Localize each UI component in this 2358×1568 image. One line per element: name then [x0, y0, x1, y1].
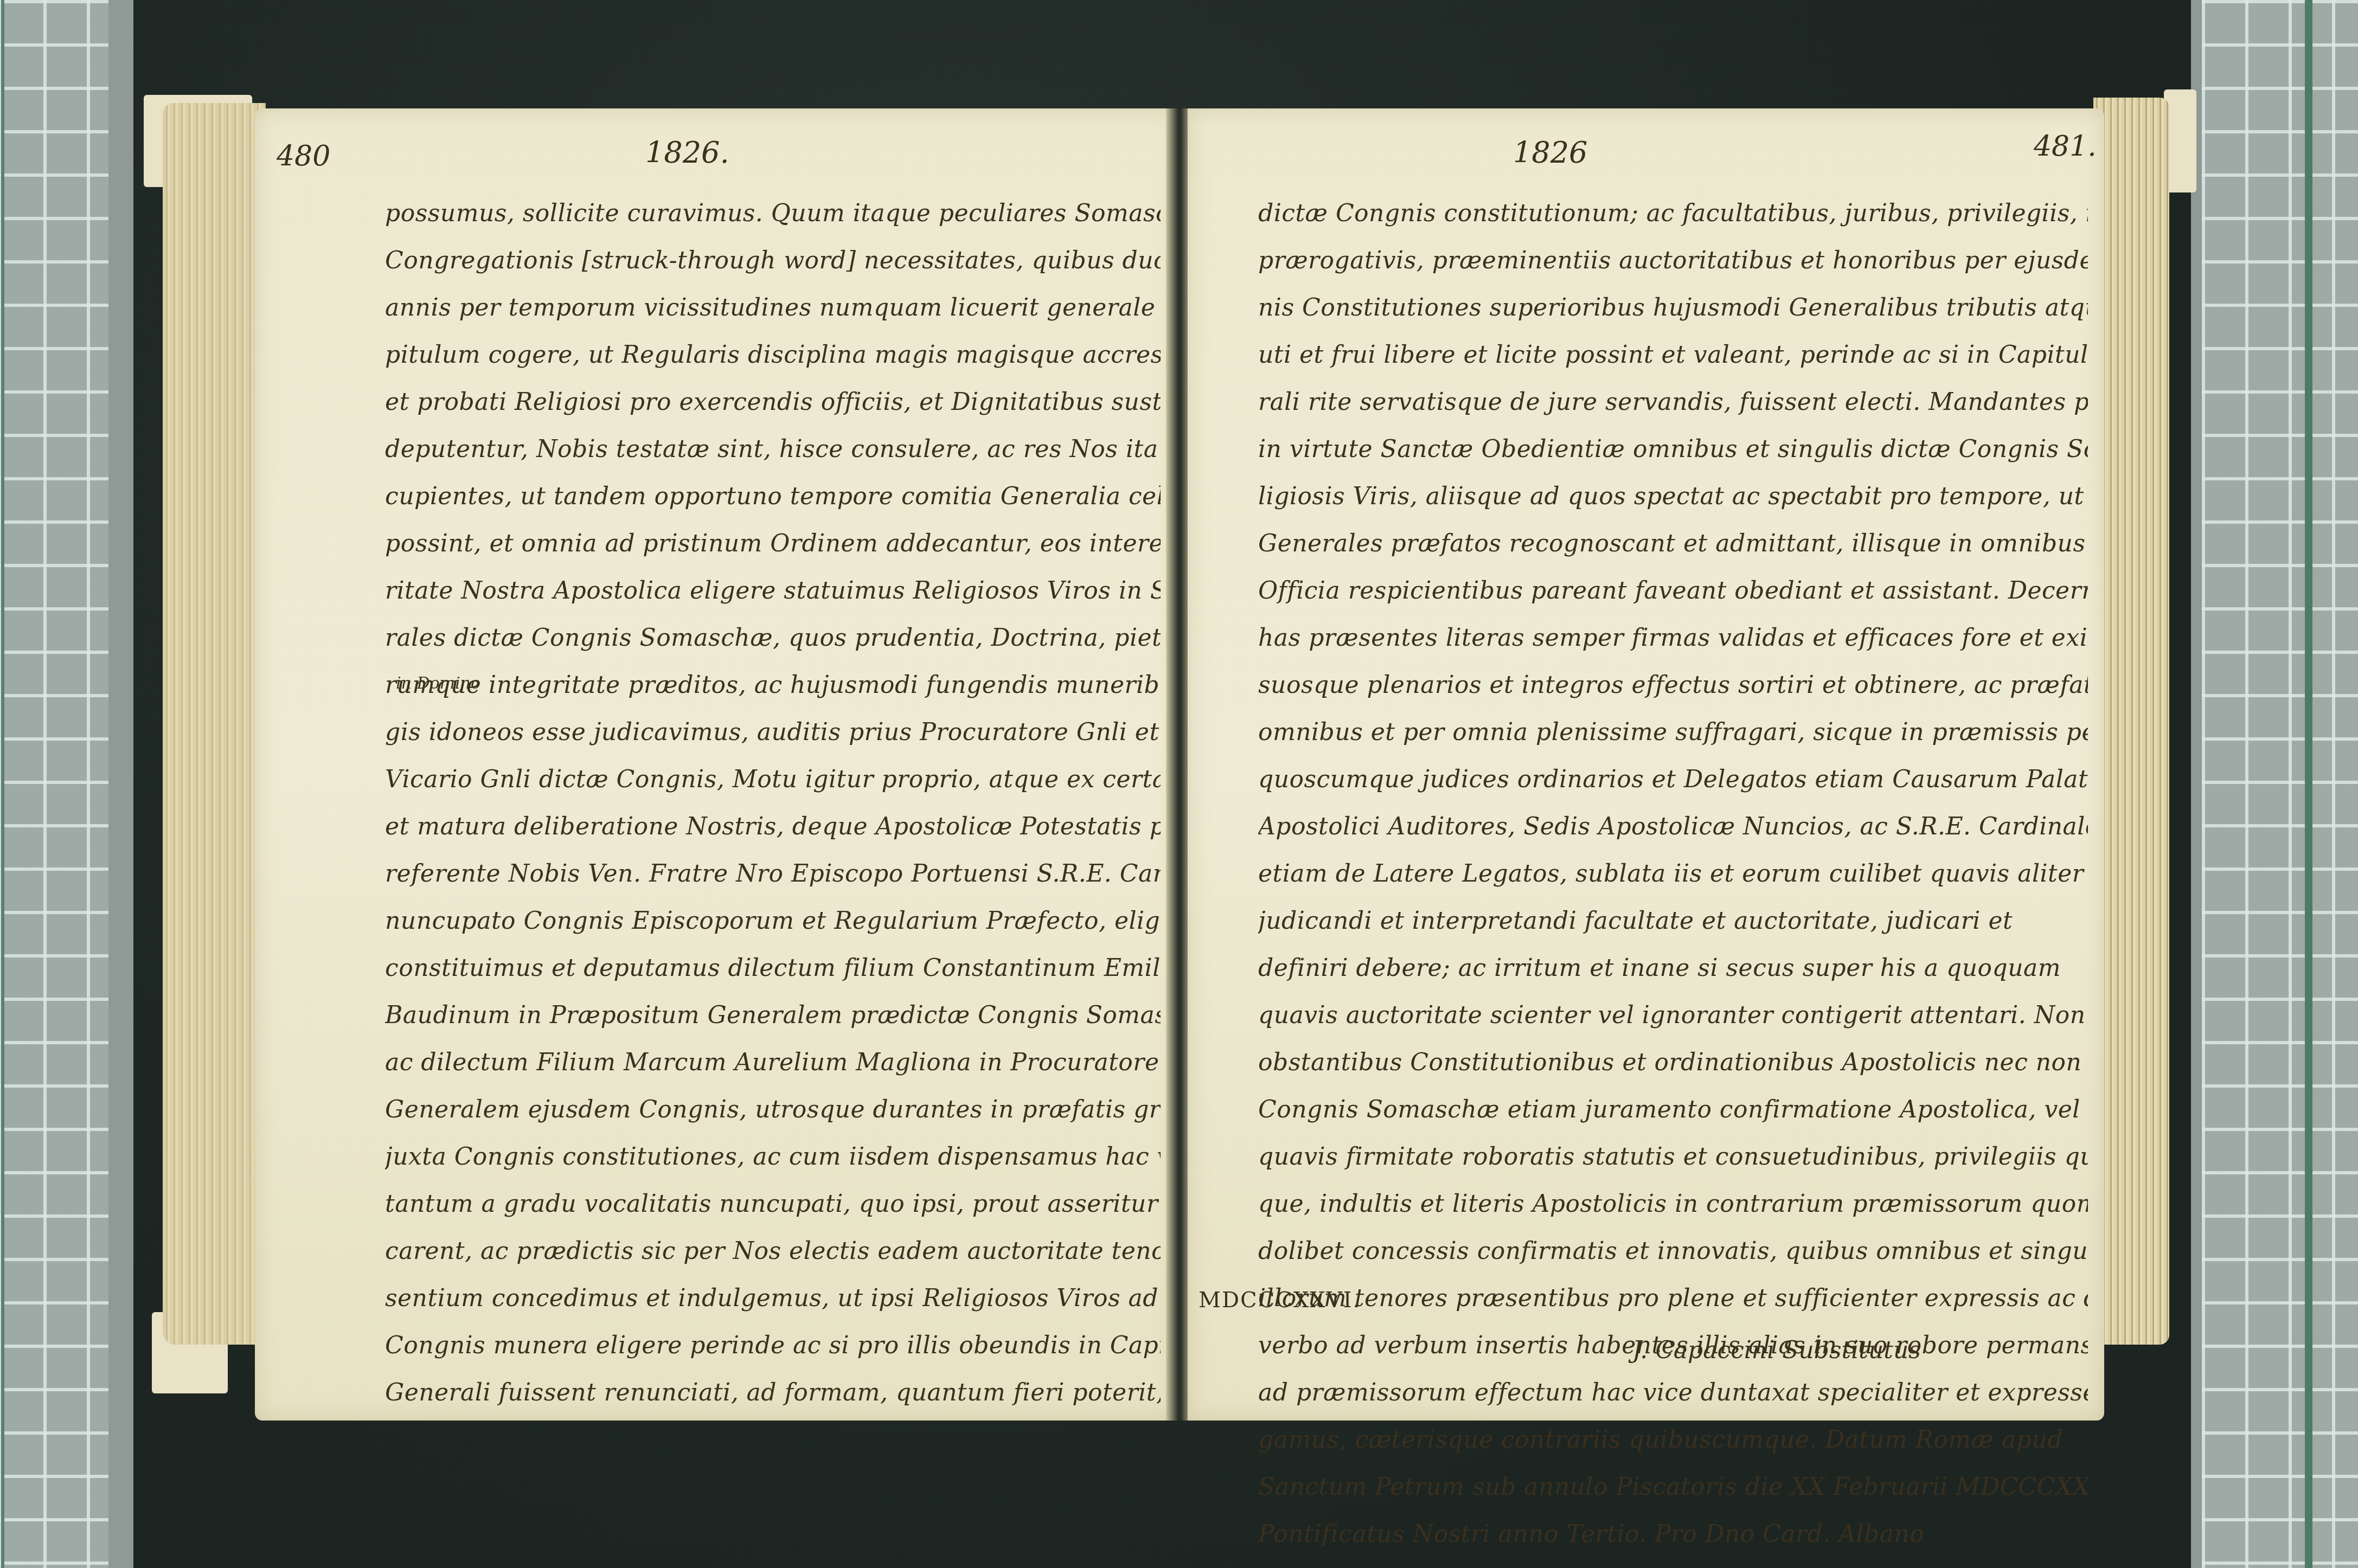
- text-line: pitulum cogere, ut Regularis disciplina …: [385, 331, 1161, 378]
- text-line: nis Constitutiones superioribus hujusmod…: [1258, 284, 2088, 331]
- text-line: illorum tenores præsentibus pro plene et…: [1258, 1275, 2088, 1322]
- text-line: cupientes, ut tandem opportuno tempore c…: [385, 473, 1161, 520]
- text-line: rales dictæ Congnis Somaschæ, quos prude…: [385, 614, 1161, 661]
- page-number: 481.: [2034, 130, 2097, 163]
- text-line: Congnis munera eligere perinde ac si pro…: [385, 1322, 1161, 1369]
- text-line: referente Nobis Ven. Fratre Nro Episcopo…: [385, 850, 1161, 897]
- text-line: possumus, sollicite curavimus. Quum itaq…: [385, 190, 1161, 237]
- page-block-right: [2093, 98, 2169, 1345]
- text-line: definiri debere; ac irritum et inane si …: [1258, 944, 2088, 992]
- text-line: rumque integritate præditos, ac hujusmod…: [385, 661, 1161, 709]
- text-line: omnibus et per omnia plenissime suffraga…: [1258, 709, 2088, 756]
- text-block: possumus, sollicite curavimus. Quum itaq…: [385, 190, 1161, 1416]
- text-line: quavis auctoritate scienter vel ignorant…: [1258, 992, 2088, 1039]
- text-line: etiam de Latere Legatos, sublata iis et …: [1258, 850, 2088, 897]
- text-line: sentium concedimus et indulgemus, ut ips…: [385, 1275, 1161, 1322]
- text-line: uti et frui libere et licite possint et …: [1258, 331, 2088, 378]
- text-line: Vicario Gnli dictæ Congnis, Motu igitur …: [385, 756, 1161, 803]
- text-line: in virtute Sanctæ Obedientiæ omnibus et …: [1258, 426, 2088, 473]
- manuscript-page-right: 1826 481. dictæ Congnis constitutionum; …: [1188, 108, 2104, 1421]
- page-block-left: [163, 103, 266, 1345]
- text-line: gamus, cæterisque contrariis quibuscumqu…: [1258, 1416, 2088, 1463]
- text-line: Congregationis [struck-through word] nec…: [385, 237, 1161, 284]
- text-line: Officia respicientibus pareant faveant o…: [1258, 567, 2088, 614]
- text-line: ac dilectum Filium Marcum Aurelium Magli…: [385, 1039, 1161, 1086]
- text-line: Baudinum in Præpositum Generalem prædict…: [385, 992, 1161, 1039]
- text-line: constituimus et deputamus dilectum filiu…: [385, 944, 1161, 992]
- signature: J. Capaccini Substitutus: [1632, 1336, 1921, 1364]
- text-line: Sanctum Petrum sub annulo Piscatoris die…: [1258, 1463, 2088, 1511]
- text-line: et matura deliberatione Nostris, deque A…: [385, 803, 1161, 850]
- text-line: judicandi et interpretandi facultate et …: [1258, 897, 2088, 944]
- text-line: ligiosis Viris, aliisque ad quos spectat…: [1258, 473, 2088, 520]
- text-line: Congnis Somaschæ etiam juramento confirm…: [1258, 1086, 2088, 1133]
- text-line: annis per temporum vicissitudines numqua…: [385, 284, 1161, 331]
- manuscript-page-left: 480 1826. in Domino possumus, sollicite …: [255, 108, 1177, 1421]
- grid-ruler-right: [2191, 0, 2358, 1568]
- page-year-header: 1826.: [645, 136, 729, 170]
- text-line: nuncupato Congnis Episcoporum et Regular…: [385, 897, 1161, 944]
- text-line: prærogativis, præeminentiis auctoritatib…: [1258, 237, 2088, 284]
- text-line: dolibet concessis confirmatis et innovat…: [1258, 1228, 2088, 1275]
- text-line: tantum a gradu vocalitatis nuncupati, qu…: [385, 1180, 1161, 1228]
- text-line: quoscumque judices ordinarios et Delegat…: [1258, 756, 2088, 803]
- page-number: 480: [277, 140, 330, 172]
- grid-ruler-left: [0, 0, 133, 1568]
- text-line: Generales præfatos recognoscant et admit…: [1258, 520, 2088, 567]
- text-line: et probati Religiosi pro exercendis offi…: [385, 378, 1161, 426]
- text-line: juxta Congnis constitutiones, ac cum iis…: [385, 1133, 1161, 1180]
- text-line: quavis firmitate roboratis statutis et c…: [1258, 1133, 2088, 1180]
- page-year-header: 1826: [1513, 136, 1587, 170]
- text-line: gis idoneos esse judicavimus, auditis pr…: [385, 709, 1161, 756]
- text-line: suosque plenarios et integros effectus s…: [1258, 661, 2088, 709]
- text-line: rali rite servatisque de jure servandis,…: [1258, 378, 2088, 426]
- text-line: que, indultis et literis Apostolicis in …: [1258, 1180, 2088, 1228]
- text-line: obstantibus Constitutionibus et ordinati…: [1258, 1039, 2088, 1086]
- ruler-stripe: [2305, 0, 2312, 1568]
- text-line: deputentur, Nobis testatæ sint, hisce co…: [385, 426, 1161, 473]
- margin-date: MDCCCXXVI.: [1199, 1288, 1361, 1313]
- text-line: Generali fuissent renunciati, ad formam,…: [385, 1369, 1161, 1416]
- text-line: ritate Nostra Apostolica eligere statuim…: [385, 567, 1161, 614]
- text-line: ad præmissorum effectum hac vice duntaxa…: [1258, 1369, 2088, 1416]
- text-line: Apostolici Auditores, Sedis Apostolicæ N…: [1258, 803, 2088, 850]
- text-line: dictæ Congnis constitutionum; ac faculta…: [1258, 190, 2088, 237]
- text-line: has præsentes literas semper firmas vali…: [1258, 614, 2088, 661]
- text-line: Generalem ejusdem Congnis, utrosque dura…: [385, 1086, 1161, 1133]
- text-line: possint, et omnia ad pristinum Ordinem a…: [385, 520, 1161, 567]
- text-line: Pontificatus Nostri anno Tertio. Pro Dno…: [1258, 1511, 2088, 1558]
- text-line: carent, ac prædictis sic per Nos electis…: [385, 1228, 1161, 1275]
- ruler-stripe: [1, 0, 4, 1568]
